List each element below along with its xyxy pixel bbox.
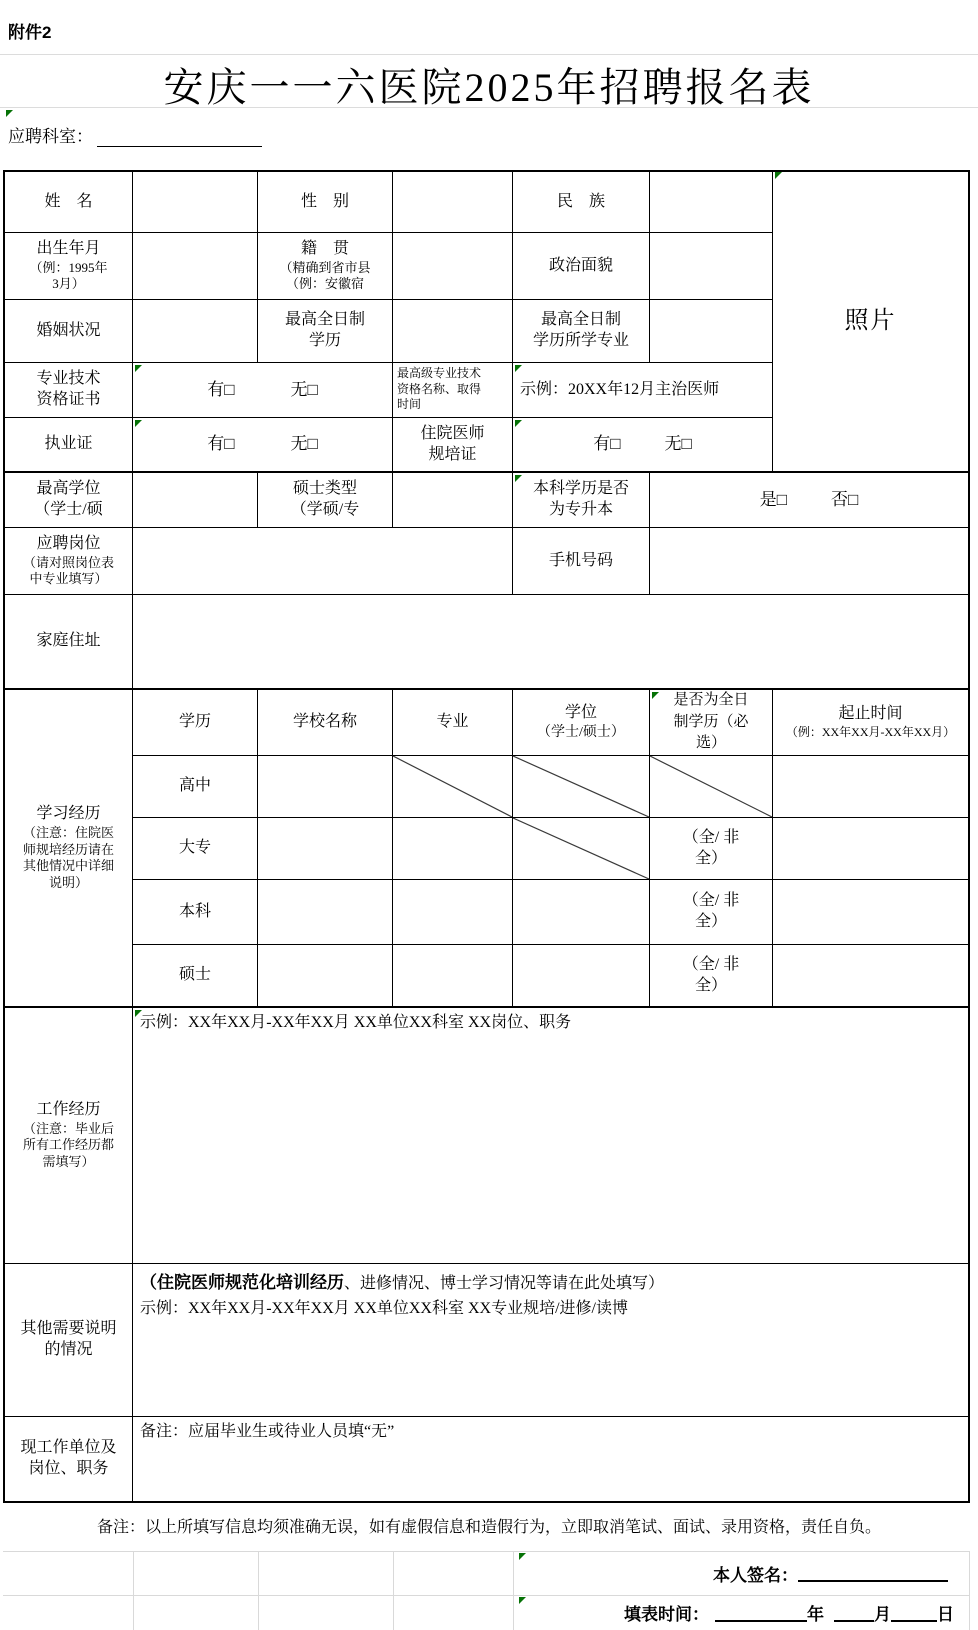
fulltime-major-value-cell[interactable] xyxy=(650,300,773,363)
signature-row: 本人签名： xyxy=(513,1551,970,1595)
year-label: 年 xyxy=(807,1600,824,1625)
have-checkbox[interactable]: 有□ xyxy=(207,379,234,401)
signature-label: 本人签名： xyxy=(713,1561,798,1586)
cell-text: 政治面貌 xyxy=(549,256,613,277)
other-intro-bold: （住院医师规范化培训经历 xyxy=(140,1273,344,1292)
upgrade-checkbox-cell[interactable]: 是□否□ xyxy=(650,473,968,528)
cell-text: 学位 xyxy=(565,703,597,724)
cell-text: 本科 xyxy=(179,902,211,923)
political-status-label-cell: 政治面貌 xyxy=(513,233,650,300)
fill-date-label: 填表时间： xyxy=(624,1600,709,1625)
day-label: 日 xyxy=(937,1600,954,1625)
cell-text: 性 别 xyxy=(301,192,349,213)
cell-text: 大专 xyxy=(179,838,211,859)
address-label-cell: 家庭住址 xyxy=(5,595,133,690)
cell-note: （例：XX年XX月-XX年XX月） xyxy=(786,725,955,741)
year-blank-field[interactable] xyxy=(715,1604,807,1622)
phone-value-cell[interactable] xyxy=(650,528,968,595)
edu-header-award-cell: 学位（学士/硕士） xyxy=(513,690,650,756)
cell-text: 婚姻状况 xyxy=(36,321,100,342)
cell-text: （全/ 非 全） xyxy=(683,828,739,870)
current-employer-label-cell: 现工作单位及 岗位、职务 xyxy=(5,1417,133,1501)
cell-text: （全/ 非 全） xyxy=(683,891,739,933)
fulltime-education-label-cell: 最高全日制 学历 xyxy=(258,300,393,363)
edu-header-fulltime-cell: 是否为全日 制学历（必 选） xyxy=(650,690,773,756)
birth-date-label-cell: 出生年月（例：1995年 3月） xyxy=(5,233,133,300)
edu-row-college-major-cell[interactable] xyxy=(393,818,513,880)
edu-row-bachelor-period-cell[interactable] xyxy=(773,880,968,945)
department-label: 应聘科室： xyxy=(8,122,93,147)
edu-row-master-award-cell[interactable] xyxy=(513,945,650,1008)
current-employer-content-cell[interactable]: 备注：应届毕业生或待业人员填“无” xyxy=(133,1417,968,1501)
edu-row-college-period-cell[interactable] xyxy=(773,818,968,880)
ethnicity-value-cell[interactable] xyxy=(650,172,773,233)
none-checkbox[interactable]: 无□ xyxy=(291,379,318,401)
disclaimer-text: 备注：以上所填写信息均须准确无误，如有虚假信息和造假行为，立即取消笔试、面试、录… xyxy=(0,1514,978,1537)
cell-text: 起止时间 xyxy=(838,704,902,725)
photo-label: 照片 xyxy=(845,306,897,337)
address-value-cell[interactable] xyxy=(133,595,968,690)
grid-line xyxy=(0,54,978,55)
name-value-cell[interactable] xyxy=(133,172,258,233)
cell-text: 出生年月 xyxy=(36,239,100,260)
name-label-cell: 姓 名 xyxy=(5,172,133,233)
cell-text: 家庭住址 xyxy=(36,631,100,652)
edu-row-master-label-cell: 硕士 xyxy=(133,945,258,1008)
cell-text: 本科学历是否 为专升本 xyxy=(533,479,629,521)
cell-text: 最高全日制 学历 xyxy=(285,310,365,352)
cell-text: 学历 xyxy=(179,712,211,733)
edu-header-period-cell: 起止时间（例：XX年XX月-XX年XX月） xyxy=(773,690,968,756)
position-value-cell[interactable] xyxy=(133,528,513,595)
edu-row-college-award-cell xyxy=(513,818,650,880)
other-intro-line: （住院医师规范化培训经历、进修情况、博士学习情况等请在此处填写） xyxy=(140,1272,664,1295)
grid-line xyxy=(393,1551,394,1630)
cell-text: 备注：应届毕业生或待业人员填“无” xyxy=(140,1422,394,1443)
cell-text: 工作经历 xyxy=(36,1100,100,1121)
education-section-label-cell: 学习经历（注意：住院医 师规培经历请在 其他情况中详细 说明） xyxy=(5,690,133,1008)
edu-row-bachelor-award-cell[interactable] xyxy=(513,880,650,945)
cell-text: 硕士 xyxy=(179,965,211,986)
residency-cert-label-cell: 住院医师 规培证 xyxy=(393,418,513,473)
other-example-line: 示例：XX年XX月-XX年XX月 XX单位XX科室 XX专业规培/进修/读博 xyxy=(140,1299,628,1320)
grid-line xyxy=(0,107,978,108)
cell-text: 学习经历 xyxy=(36,804,100,825)
comment-marker-icon xyxy=(775,172,782,179)
comment-marker-icon xyxy=(135,420,142,427)
edu-header-school-cell: 学校名称 xyxy=(258,690,393,756)
have-checkbox[interactable]: 有□ xyxy=(593,433,620,455)
fulltime-education-value-cell[interactable] xyxy=(393,300,513,363)
have-checkbox[interactable]: 有□ xyxy=(207,433,234,455)
professional-cert-name-label-cell: 最高级专业技术 资格名称、取得 时间 xyxy=(393,363,513,418)
native-place-label-cell: 籍 贯（精确到省市县 （例：安徽宿 xyxy=(258,233,393,300)
edu-row-highschool-major-cell xyxy=(393,756,513,818)
comment-marker-icon xyxy=(135,1010,142,1017)
comment-marker-icon xyxy=(515,420,522,427)
highest-degree-label-cell: 最高学位 （学士/硕 xyxy=(5,473,133,528)
comment-marker-icon xyxy=(515,365,522,372)
cell-text: 是否为全日 制学历（必 选） xyxy=(673,690,748,755)
department-blank-field[interactable] xyxy=(97,126,262,147)
no-checkbox[interactable]: 否□ xyxy=(831,489,858,511)
cell-text: 住院医师 规培证 xyxy=(420,424,484,466)
signature-blank-field[interactable] xyxy=(798,1564,948,1582)
cell-text: 专业技术 资格证书 xyxy=(36,369,100,411)
marital-status-value-cell[interactable] xyxy=(133,300,258,363)
work-content-cell[interactable]: 示例：XX年XX月-XX年XX月 XX单位XX科室 XX岗位、职务 xyxy=(133,1008,968,1264)
cell-text: 专业 xyxy=(436,712,468,733)
cell-text: 执业证 xyxy=(44,434,92,455)
fulltime-major-label-cell: 最高全日制 学历所学专业 xyxy=(513,300,650,363)
political-status-value-cell[interactable] xyxy=(650,233,773,300)
ethnicity-label-cell: 民 族 xyxy=(513,172,650,233)
month-label: 月 xyxy=(874,1600,891,1625)
professional-cert-label-cell: 专业技术 资格证书 xyxy=(5,363,133,418)
gender-label-cell: 性 别 xyxy=(258,172,393,233)
cell-text: 最高学位 （学士/硕 xyxy=(34,479,102,521)
none-checkbox[interactable]: 无□ xyxy=(665,433,692,455)
birth-date-value-cell[interactable] xyxy=(133,233,258,300)
day-blank-field[interactable] xyxy=(891,1604,937,1622)
edu-row-highschool-award-cell xyxy=(513,756,650,818)
photo-cell[interactable]: 照片 xyxy=(773,172,968,473)
edu-row-college-school-cell[interactable] xyxy=(258,818,393,880)
professional-cert-checkbox-cell[interactable]: 有□无□ xyxy=(133,363,393,418)
cell-note: （注意：住院医 师规培经历请在 其他情况中详细 说明） xyxy=(23,825,114,893)
edu-row-highschool-period-cell[interactable] xyxy=(773,756,968,818)
fill-date-row: 填表时间： 年 月 日 xyxy=(513,1595,970,1630)
edu-header-major-cell: 专业 xyxy=(393,690,513,756)
marital-status-label-cell: 婚姻状况 xyxy=(5,300,133,363)
none-checkbox[interactable]: 无□ xyxy=(291,433,318,455)
cell-text: 硕士类型 （学硕/专 xyxy=(291,479,359,521)
phone-label-cell: 手机号码 xyxy=(513,528,650,595)
edu-row-highschool-fulltime-cell xyxy=(650,756,773,818)
other-content-cell[interactable]: （住院医师规范化培训经历、进修情况、博士学习情况等请在此处填写） 示例：XX年X… xyxy=(133,1264,968,1417)
cell-text: 籍 贯 xyxy=(301,239,349,260)
department-row: 应聘科室： xyxy=(8,122,262,147)
diagonal-strike-icon xyxy=(513,756,649,817)
practice-cert-checkbox-cell[interactable]: 有□无□ xyxy=(133,418,393,473)
cell-text: 示例：XX年XX月-XX年XX月 XX单位XX科室 XX岗位、职务 xyxy=(140,1013,571,1034)
edu-row-master-major-cell[interactable] xyxy=(393,945,513,1008)
upgrade-label-cell: 本科学历是否 为专升本 xyxy=(513,473,650,528)
form-table: 姓 名 性 别 民 族 照片 出生年月（例：1995年 3月） 籍 贯（精确到省… xyxy=(3,170,970,1503)
comment-marker-icon xyxy=(6,110,13,117)
edu-row-college-label-cell: 大专 xyxy=(133,818,258,880)
other-intro-rest: 、进修情况、博士学习情况等请在此处填写） xyxy=(344,1275,664,1292)
grid-line xyxy=(258,1551,259,1630)
cell-text: 最高级专业技术 资格名称、取得 时间 xyxy=(397,366,481,413)
cell-text: 姓 名 xyxy=(44,192,92,213)
cell-note: （学士/硕士） xyxy=(537,724,625,742)
application-form-sheet: 附件2 安庆一一六医院2025年招聘报名表 应聘科室： 姓 名 性 别 民 族 … xyxy=(0,0,978,1630)
edu-row-master-school-cell[interactable] xyxy=(258,945,393,1008)
month-blank-field[interactable] xyxy=(834,1604,874,1622)
attachment-label: 附件2 xyxy=(8,18,51,43)
cell-text: 高中 xyxy=(179,776,211,797)
other-section-label-cell: 其他需要说明 的情况 xyxy=(5,1264,133,1417)
cell-text: 手机号码 xyxy=(549,551,613,572)
cell-text: （全/ 非 全） xyxy=(683,955,739,997)
yes-checkbox[interactable]: 是□ xyxy=(760,489,787,511)
cell-note: （例：1995年 3月） xyxy=(29,260,107,294)
edu-row-master-fulltime-cell[interactable]: （全/ 非 全） xyxy=(650,945,773,1008)
native-place-value-cell[interactable] xyxy=(393,233,513,300)
grid-line xyxy=(133,1551,134,1630)
work-section-label-cell: 工作经历（注意：毕业后 所有工作经历都 需填写） xyxy=(5,1008,133,1264)
cell-text: 应聘岗位 xyxy=(36,534,100,555)
edu-row-bachelor-major-cell[interactable] xyxy=(393,880,513,945)
cell-text: 其他需要说明 的情况 xyxy=(20,1319,116,1361)
cell-note: （精确到省市县 （例：安徽宿 xyxy=(279,260,370,294)
diagonal-strike-icon xyxy=(650,756,772,817)
cell-note: （注意：毕业后 所有工作经历都 需填写） xyxy=(23,1121,114,1172)
residency-cert-checkbox-cell[interactable]: 有□无□ xyxy=(513,418,773,473)
edu-row-master-period-cell[interactable] xyxy=(773,945,968,1008)
edu-row-bachelor-label-cell: 本科 xyxy=(133,880,258,945)
cell-text: 最高全日制 学历所学专业 xyxy=(533,310,629,352)
cell-note: （请对照岗位表 中专业填写） xyxy=(23,555,114,589)
position-label-cell: 应聘岗位（请对照岗位表 中专业填写） xyxy=(5,528,133,595)
edu-row-bachelor-school-cell[interactable] xyxy=(258,880,393,945)
edu-row-highschool-label-cell: 高中 xyxy=(133,756,258,818)
comment-marker-icon xyxy=(135,365,142,372)
master-type-value-cell[interactable] xyxy=(393,473,513,528)
cell-text: 现工作单位及 岗位、职务 xyxy=(20,1438,116,1480)
gender-value-cell[interactable] xyxy=(393,172,513,233)
edu-header-degree-cell: 学历 xyxy=(133,690,258,756)
edu-row-college-fulltime-cell[interactable]: （全/ 非 全） xyxy=(650,818,773,880)
edu-row-bachelor-fulltime-cell[interactable]: （全/ 非 全） xyxy=(650,880,773,945)
comment-marker-icon xyxy=(519,1597,526,1604)
cell-text: 民 族 xyxy=(557,192,605,213)
cell-text: 示例：20XX年12月主治医师 xyxy=(520,380,719,401)
master-type-label-cell: 硕士类型 （学硕/专 xyxy=(258,473,393,528)
comment-marker-icon xyxy=(515,475,522,482)
practice-cert-label-cell: 执业证 xyxy=(5,418,133,473)
professional-cert-example-cell[interactable]: 示例：20XX年12月主治医师 xyxy=(513,363,773,418)
diagonal-strike-icon xyxy=(513,818,649,879)
comment-marker-icon xyxy=(652,692,659,699)
diagonal-strike-icon xyxy=(393,756,512,817)
form-title: 安庆一一六医院2025年招聘报名表 xyxy=(0,56,978,113)
comment-marker-icon xyxy=(519,1553,526,1560)
cell-text: 学校名称 xyxy=(293,712,357,733)
highest-degree-value-cell[interactable] xyxy=(133,473,258,528)
edu-row-highschool-school-cell[interactable] xyxy=(258,756,393,818)
